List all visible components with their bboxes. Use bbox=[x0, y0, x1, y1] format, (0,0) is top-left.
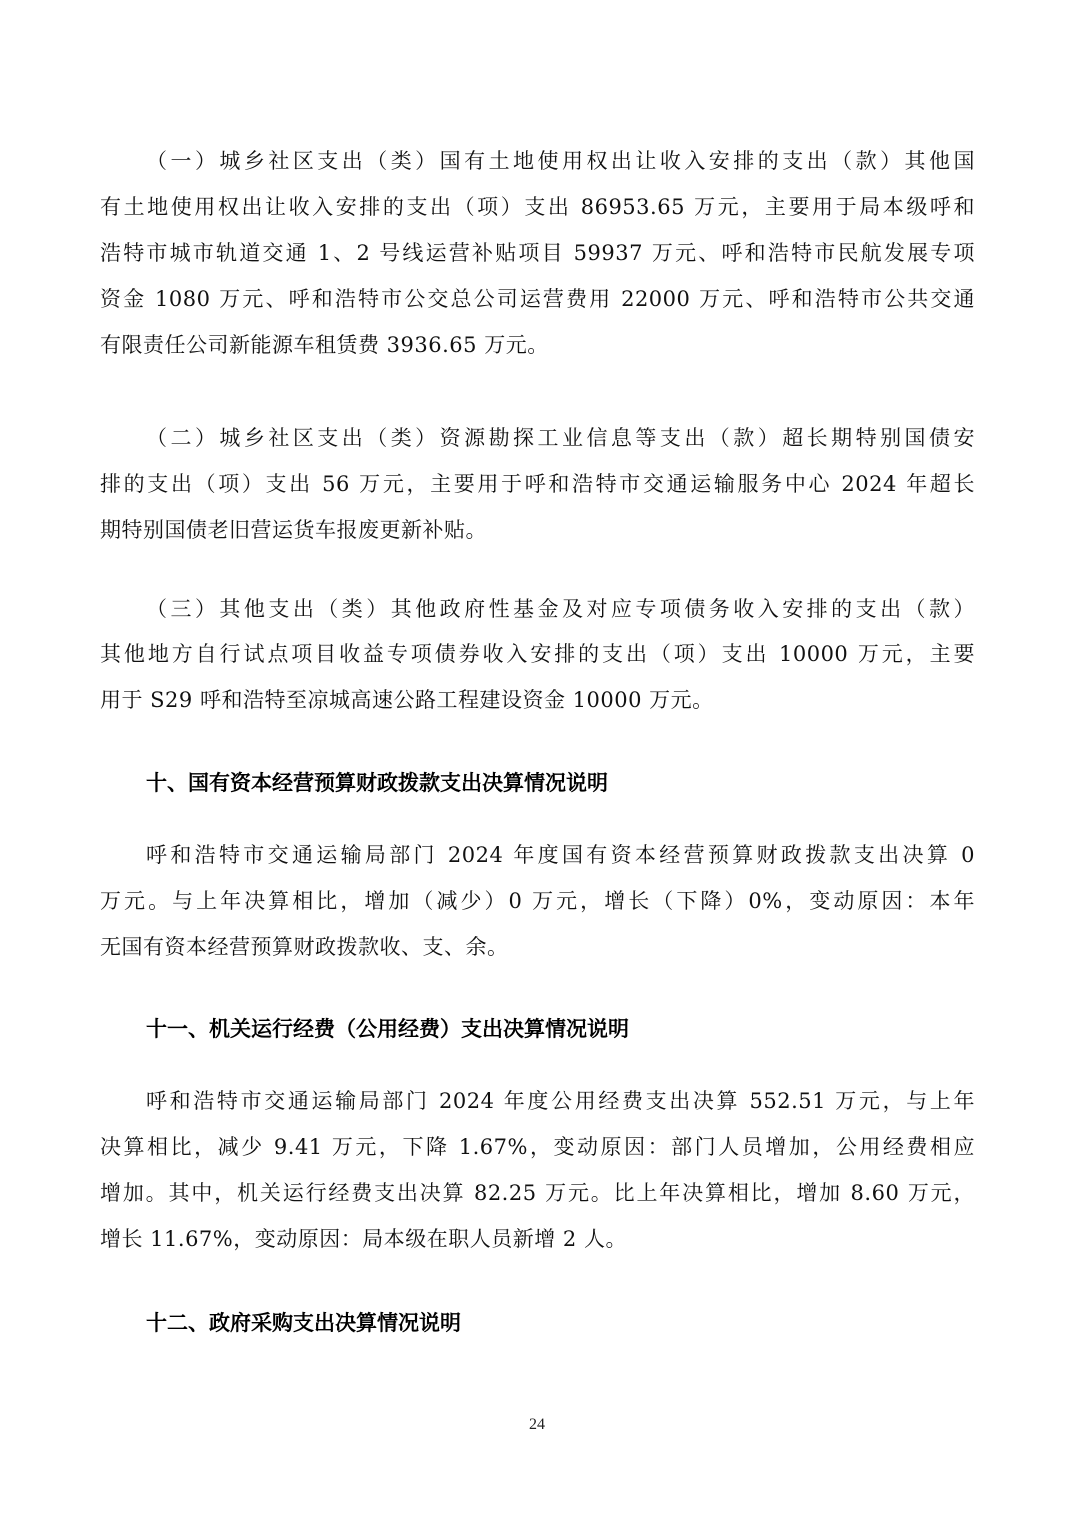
text-line: 增加。其中，机关运行经费支出决算 82.25 万元。比上年决算相比，增加 8.6… bbox=[100, 1178, 975, 1208]
text-line: 万元。与上年决算相比，增加（减少）0 万元，增长（下降）0%，变动原因：本年 bbox=[100, 886, 975, 916]
section-heading-11: 十一、机关运行经费（公用经费）支出决算情况说明 bbox=[146, 1013, 629, 1045]
text-line: 资金 1080 万元、呼和浩特市公交总公司运营费用 22000 万元、呼和浩特市… bbox=[100, 284, 975, 314]
text-line: 无国有资本经营预算财政拨款收、支、余。 bbox=[100, 932, 975, 962]
text-line: 决算相比，减少 9.41 万元，下降 1.67%，变动原因：部门人员增加，公用经… bbox=[100, 1132, 975, 1162]
text-line: 用于 S29 呼和浩特至凉城高速公路工程建设资金 10000 万元。 bbox=[100, 685, 975, 715]
text-line: （二）城乡社区支出（类）资源勘探工业信息等支出（款）超长期特别国债安 bbox=[146, 423, 975, 453]
document-page: （一）城乡社区支出（类）国有土地使用权出让收入安排的支出（款）其他国 有土地使用… bbox=[0, 0, 1074, 1520]
text-line: 其他地方自行试点项目收益专项债券收入安排的支出（项）支出 10000 万元，主要 bbox=[100, 639, 975, 669]
text-line: （三）其他支出（类）其他政府性基金及对应专项债务收入安排的支出（款） bbox=[146, 594, 975, 624]
text-line: 呼和浩特市交通运输局部门 2024 年度公用经费支出决算 552.51 万元，与… bbox=[146, 1086, 975, 1116]
text-line: 有限责任公司新能源车租赁费 3936.65 万元。 bbox=[100, 330, 975, 360]
text-line: 排的支出（项）支出 56 万元，主要用于呼和浩特市交通运输服务中心 2024 年… bbox=[100, 469, 975, 499]
text-line: 呼和浩特市交通运输局部门 2024 年度国有资本经营预算财政拨款支出决算 0 bbox=[146, 840, 975, 870]
text-line: 增长 11.67%，变动原因：局本级在职人员新增 2 人。 bbox=[100, 1224, 975, 1254]
page-number: 24 bbox=[0, 1416, 1074, 1434]
section-heading-10: 十、国有资本经营预算财政拨款支出决算情况说明 bbox=[146, 767, 608, 799]
text-line: （一）城乡社区支出（类）国有土地使用权出让收入安排的支出（款）其他国 bbox=[146, 146, 975, 176]
text-line: 期特别国债老旧营运货车报废更新补贴。 bbox=[100, 515, 975, 545]
section-heading-12: 十二、政府采购支出决算情况说明 bbox=[146, 1307, 461, 1339]
text-line: 浩特市城市轨道交通 1、2 号线运营补贴项目 59937 万元、呼和浩特市民航发… bbox=[100, 238, 975, 268]
text-line: 有土地使用权出让收入安排的支出（项）支出 86953.65 万元，主要用于局本级… bbox=[100, 192, 975, 222]
